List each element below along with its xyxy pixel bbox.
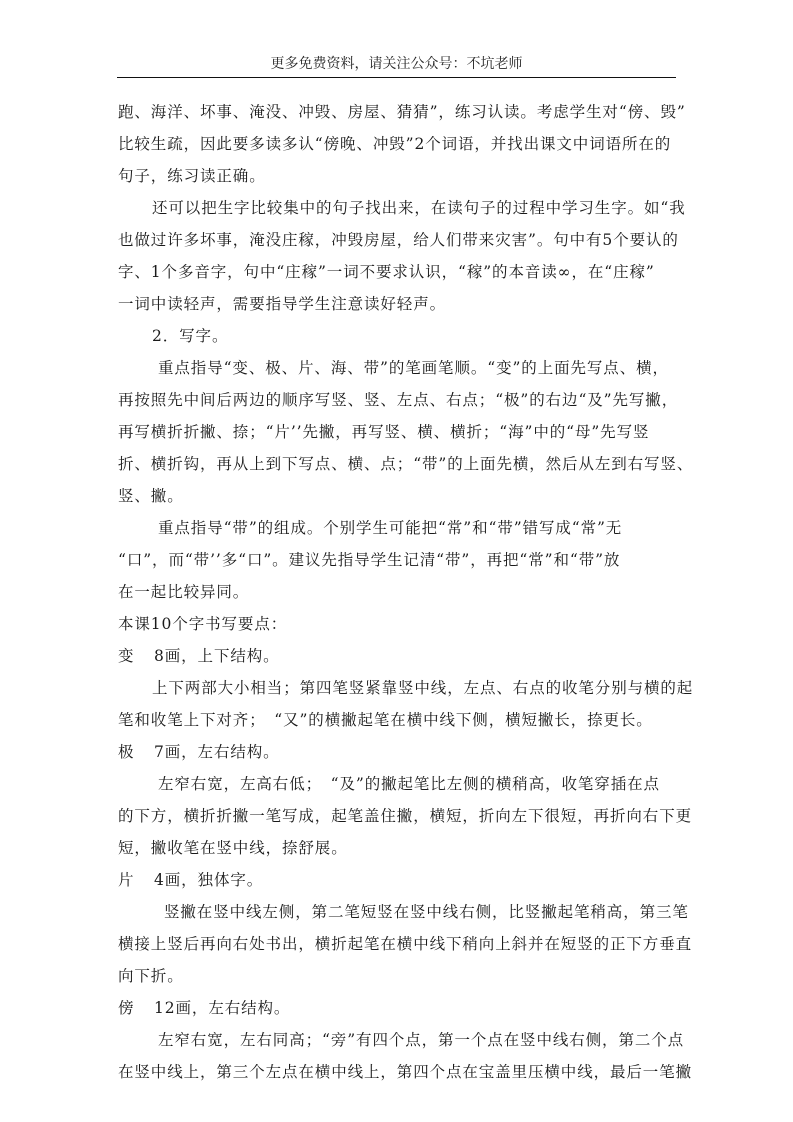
paragraph-line: “口”，而“带’’多“口”。建议先指导学生记清“带”，再把“常”和“带”放 (118, 544, 678, 576)
paragraph-line: 比较生疏，因此要多读多认“傍晚、冲毁”2个词语，并找出课文中词语所在的 (118, 128, 678, 160)
paragraph-line: 竖撇在竖中线左侧，第二笔短竖在竖中线右侧，比竖撇起笔稍高，第三笔 (118, 896, 678, 928)
paragraph-line: 短，撇收笔在竖中线，捺舒展。 (118, 832, 678, 864)
paragraph-line: 上下两部大小相当；第四笔竖紧靠竖中线，左点、右点的收笔分别与横的起 (118, 672, 678, 704)
paragraph-line: 横接上竖后再向右处书出，横折起笔在横中线下稍向上斜并在短竖的正下方垂直 (118, 928, 678, 960)
paragraph-line: 笔和收笔上下对齐； “又”的横撇起笔在横中线下侧，横短撇长，捺更长。 (118, 704, 678, 736)
paragraph-line: 竖、撇。 (118, 480, 678, 512)
page-header: 更多免费资料，请关注公众号：不坑老师 (117, 54, 676, 74)
character-info: 7画，左右结构。 (154, 743, 280, 761)
character-label: 片 (118, 864, 154, 896)
paragraph-line: 向下折。 (118, 960, 678, 992)
paragraph-line: 跑、海洋、坏事、淹没、冲毁、房屋、猜猜”，练习认读。考虑学生对“傍、毁” (118, 96, 678, 128)
character-label: 傍 (118, 992, 154, 1024)
character-info: 12画，左右结构。 (154, 999, 290, 1017)
paragraph-line: 字、1个多音字，句中“庄稼”一词不要求认识，“稼”的本音读∞，在“庄稼” (118, 256, 678, 288)
character-entry: 傍12画，左右结构。 (118, 992, 678, 1024)
paragraph-line: 还可以把生字比较集中的句子找出来，在读句子的过程中学习生字。如“我 (118, 192, 678, 224)
character-entry: 极7画，左右结构。 (118, 736, 678, 768)
character-info: 4画，独体字。 (154, 871, 263, 889)
paragraph-line: 重点指导“带”的组成。个别学生可能把“常”和“带”错写成“常”无 (118, 512, 678, 544)
paragraph-line: 再写横折折撇、捺；“片’’先撇，再写竖、横、横折；“海”中的“母”先写竖 (118, 416, 678, 448)
paragraph-line: 在竖中线上，第三个左点在横中线上，第四个点在宝盖里压横中线，最后一笔撇 (118, 1056, 678, 1088)
paragraph-line: 左窄右宽，左右同高；“旁”有四个点，第一个点在竖中线右侧，第二个点 (118, 1024, 678, 1056)
character-label: 极 (118, 736, 154, 768)
document-body: 跑、海洋、坏事、淹没、冲毁、房屋、猜猜”，练习认读。考虑学生对“傍、毁” 比较生… (118, 96, 678, 1088)
paragraph-line: 的下方，横折折撇一笔写成，起笔盖住撇，横短，折向左下很短，再折向右下更 (118, 800, 678, 832)
character-label: 变 (118, 640, 154, 672)
paragraph-line: 折、横折钩，再从上到下写点、横、点；“带”的上面先横，然后从左到右写竖、 (118, 448, 678, 480)
paragraph-line: 再按照先中间后两边的顺序写竖、竖、左点、右点；“极”的右边“及”先写撇， (118, 384, 678, 416)
paragraph-line: 左窄右宽，左高右低； “及”的撇起笔比左侧的横稍高，收笔穿插在点 (118, 768, 678, 800)
paragraph-line: 句子，练习读正确。 (118, 160, 678, 192)
list-heading: 本课10个字书写要点： (118, 608, 678, 640)
character-entry: 片4画，独体字。 (118, 864, 678, 896)
section-heading: 2．写字。 (118, 320, 678, 352)
paragraph-line: 也做过许多坏事，淹没庄稼，冲毁房屋，给人们带来灾害”。句中有5个要认的 (118, 224, 678, 256)
paragraph-line: 在一起比较异同。 (118, 576, 678, 608)
paragraph-line: 一词中读轻声，需要指导学生注意读好轻声。 (118, 288, 678, 320)
character-info: 8画，上下结构。 (154, 647, 280, 665)
character-entry: 变8画，上下结构。 (118, 640, 678, 672)
header-divider (117, 77, 676, 78)
paragraph-line: 重点指导“变、极、片、海、带”的笔画笔顺。“变”的上面先写点、横， (118, 352, 678, 384)
